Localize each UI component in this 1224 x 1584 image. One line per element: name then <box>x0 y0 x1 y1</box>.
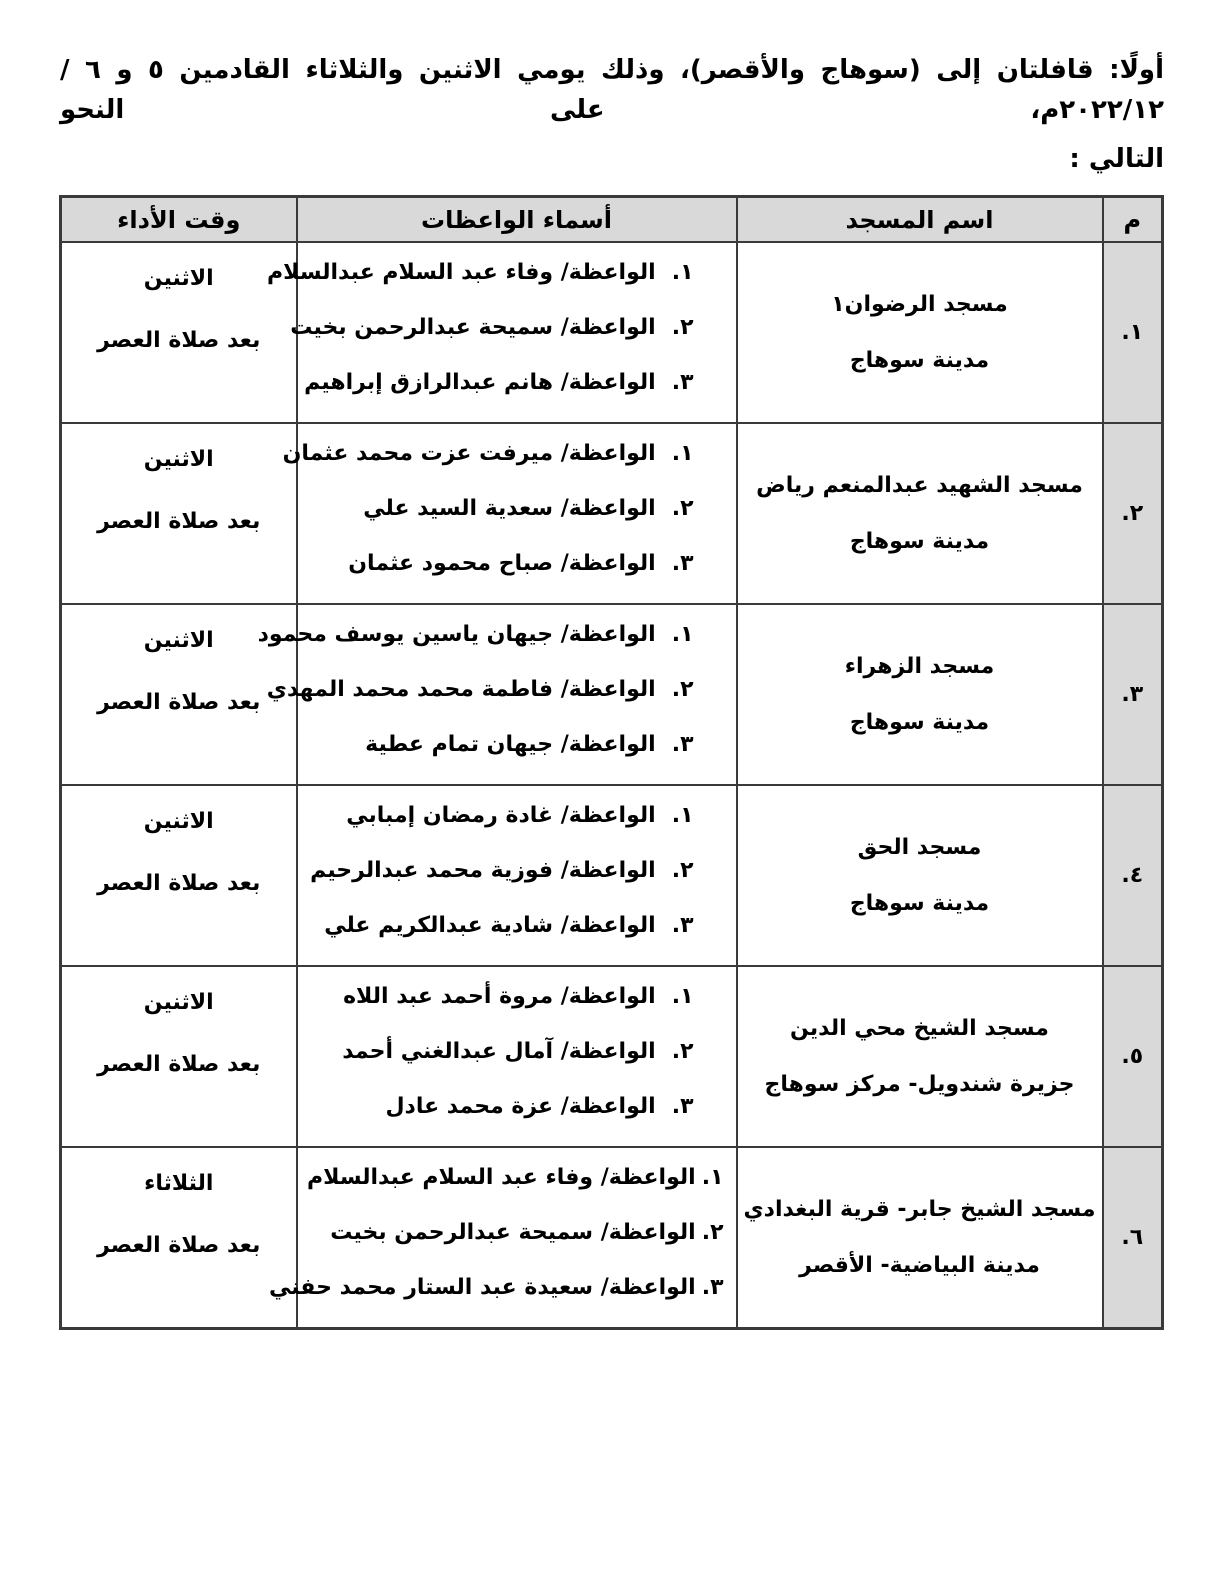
mosque-name: مسجد الشيخ جابر- قرية البغدادي <box>738 1194 1102 1226</box>
preacher-name: الواعظة/ سميحة عبدالرحمن بخيت <box>330 1220 696 1245</box>
preacher-number: ٢. <box>672 493 694 525</box>
preacher-number: ٢. <box>672 1036 694 1068</box>
preacher-number: ٣. <box>672 1091 694 1123</box>
preacher-name: الواعظة/ فوزية محمد عبدالرحيم <box>310 858 656 883</box>
preacher-name: الواعظة/ عزة محمد عادل <box>385 1094 655 1119</box>
header-index: م <box>1103 196 1163 242</box>
table-row: ٣. مسجد الزهراء مدينة سوهاج ١.الواعظة/ ج… <box>61 604 1163 785</box>
mosque-city: جزيرة شندويل- مركز سوهاج <box>738 1069 1102 1101</box>
row-index: ٤. <box>1103 785 1163 966</box>
preacher-number: ٢. <box>672 312 694 344</box>
time-prayer: بعد صلاة العصر <box>62 868 296 900</box>
time-cell: الاثنين بعد صلاة العصر <box>61 423 297 604</box>
preacher-number: ٣. <box>672 729 694 761</box>
preacher-item: ٢.الواعظة/ سعدية السيد علي <box>304 493 694 525</box>
preacher-name: الواعظة/ سعدية السيد علي <box>363 496 655 521</box>
preacher-name: الواعظة/ ميرفت عزت محمد عثمان <box>283 441 656 466</box>
preachers-cell: ١.الواعظة/ ميرفت عزت محمد عثمان ٢.الواعظ… <box>297 423 737 604</box>
preachers-cell: ١.الواعظة/ جيهان ياسين يوسف محمود ٢.الوا… <box>297 604 737 785</box>
mosque-cell: مسجد الشيخ جابر- قرية البغدادي مدينة الب… <box>737 1147 1103 1329</box>
preacher-name: الواعظة/ آمال عبدالغني أحمد <box>342 1039 656 1064</box>
preacher-number: ٣. <box>702 1272 724 1304</box>
mosque-cell: مسجد الرضوان١ مدينة سوهاج <box>737 242 1103 423</box>
preacher-name: الواعظة/ شادية عبدالكريم علي <box>324 913 656 938</box>
header-mosque-name: اسم المسجد <box>737 196 1103 242</box>
time-prayer: بعد صلاة العصر <box>62 506 296 538</box>
preacher-item: ٢.الواعظة/ فوزية محمد عبدالرحيم <box>304 855 694 887</box>
preacher-item: ٢.الواعظة/ سميحة عبدالرحمن بخيت <box>304 1217 724 1249</box>
preacher-number: ١. <box>672 619 694 651</box>
mosque-cell: مسجد الزهراء مدينة سوهاج <box>737 604 1103 785</box>
preacher-name: الواعظة/ غادة رمضان إمبابي <box>346 803 655 828</box>
preacher-number: ٢. <box>702 1217 724 1249</box>
preacher-name: الواعظة/ سميحة عبدالرحمن بخيت <box>290 315 656 340</box>
time-day: الاثنين <box>62 263 296 295</box>
document-title: أولًا: قافلتان إلى (سوهاج والأقصر)، وذلك… <box>60 50 1164 179</box>
mosque-city: مدينة سوهاج <box>738 526 1102 558</box>
row-index: ٥. <box>1103 966 1163 1147</box>
preachers-cell: ١.الواعظة/ غادة رمضان إمبابي ٢.الواعظة/ … <box>297 785 737 966</box>
title-line-2: التالي : <box>60 139 1164 179</box>
time-day: الاثنين <box>62 987 296 1019</box>
preacher-item: ١.الواعظة/ وفاء عبد السلام عبدالسلام <box>304 1162 724 1194</box>
table-row: ٢. مسجد الشهيد عبدالمنعم رياض مدينة سوها… <box>61 423 1163 604</box>
preacher-name: الواعظة/ وفاء عبد السلام عبدالسلام <box>307 1165 696 1190</box>
time-day: الاثنين <box>62 806 296 838</box>
mosque-cell: مسجد الشيخ محي الدين جزيرة شندويل- مركز … <box>737 966 1103 1147</box>
preacher-number: ١. <box>672 438 694 470</box>
preacher-name: الواعظة/ وفاء عبد السلام عبدالسلام <box>267 260 656 285</box>
mosque-cell: مسجد الحق مدينة سوهاج <box>737 785 1103 966</box>
preacher-number: ١. <box>672 800 694 832</box>
row-index: ٦. <box>1103 1147 1163 1329</box>
mosque-name: مسجد الحق <box>738 832 1102 864</box>
time-prayer: بعد صلاة العصر <box>62 325 296 357</box>
mosque-name: مسجد الزهراء <box>738 651 1102 683</box>
table-row: ١. مسجد الرضوان١ مدينة سوهاج ١.الواعظة/ … <box>61 242 1163 423</box>
time-cell: الاثنين بعد صلاة العصر <box>61 785 297 966</box>
preacher-name: الواعظة/ جيهان ياسين يوسف محمود <box>258 622 656 647</box>
table-row: ٥. مسجد الشيخ محي الدين جزيرة شندويل- مر… <box>61 966 1163 1147</box>
preacher-item: ٣.الواعظة/ جيهان تمام عطية <box>304 729 694 761</box>
preacher-number: ٢. <box>672 855 694 887</box>
time-day: الثلاثاء <box>62 1168 296 1200</box>
preacher-number: ١. <box>672 257 694 289</box>
preacher-name: الواعظة/ فاطمة محمد محمد المهدي <box>267 677 656 702</box>
preacher-name: الواعظة/ جيهان تمام عطية <box>365 732 656 757</box>
preacher-item: ٢.الواعظة/ فاطمة محمد محمد المهدي <box>304 674 694 706</box>
preacher-number: ٢. <box>672 674 694 706</box>
mosque-city: مدينة سوهاج <box>738 707 1102 739</box>
time-day: الاثنين <box>62 444 296 476</box>
preacher-item: ٢.الواعظة/ سميحة عبدالرحمن بخيت <box>304 312 694 344</box>
table-row: ٦. مسجد الشيخ جابر- قرية البغدادي مدينة … <box>61 1147 1163 1329</box>
row-index: ٢. <box>1103 423 1163 604</box>
mosque-name: مسجد الشهيد عبدالمنعم رياض <box>738 470 1102 502</box>
document-page: أولًا: قافلتان إلى (سوهاج والأقصر)، وذلك… <box>0 0 1224 1330</box>
preacher-item: ٣.الواعظة/ سعيدة عبد الستار محمد حفني <box>304 1272 724 1304</box>
preacher-item: ١.الواعظة/ ميرفت عزت محمد عثمان <box>304 438 694 470</box>
time-cell: الاثنين بعد صلاة العصر <box>61 966 297 1147</box>
preachers-cell: ١.الواعظة/ مروة أحمد عبد اللاه ٢.الواعظة… <box>297 966 737 1147</box>
mosque-name: مسجد الرضوان١ <box>738 289 1102 321</box>
preacher-item: ٣.الواعظة/ صباح محمود عثمان <box>304 548 694 580</box>
preacher-name: الواعظة/ صباح محمود عثمان <box>348 551 655 576</box>
preacher-name: الواعظة/ مروة أحمد عبد اللاه <box>343 984 656 1009</box>
preacher-number: ١. <box>702 1162 724 1194</box>
mosque-city: مدينة البياضية- الأقصر <box>738 1250 1102 1282</box>
time-prayer: بعد صلاة العصر <box>62 1230 296 1262</box>
preacher-number: ٣. <box>672 910 694 942</box>
time-prayer: بعد صلاة العصر <box>62 687 296 719</box>
preacher-item: ٣.الواعظة/ عزة محمد عادل <box>304 1091 694 1123</box>
preacher-item: ٣.الواعظة/ شادية عبدالكريم علي <box>304 910 694 942</box>
preachers-cell: ١.الواعظة/ وفاء عبد السلام عبدالسلام ٢.ا… <box>297 242 737 423</box>
preacher-item: ٢.الواعظة/ آمال عبدالغني أحمد <box>304 1036 694 1068</box>
preacher-name: الواعظة/ هانم عبدالرازق إبراهيم <box>304 370 656 395</box>
time-prayer: بعد صلاة العصر <box>62 1049 296 1081</box>
time-cell: الاثنين بعد صلاة العصر <box>61 242 297 423</box>
mosque-cell: مسجد الشهيد عبدالمنعم رياض مدينة سوهاج <box>737 423 1103 604</box>
preacher-name: الواعظة/ سعيدة عبد الستار محمد حفني <box>269 1275 696 1300</box>
table-row: ٤. مسجد الحق مدينة سوهاج ١.الواعظة/ غادة… <box>61 785 1163 966</box>
title-line-1: أولًا: قافلتان إلى (سوهاج والأقصر)، وذلك… <box>60 50 1164 131</box>
preacher-item: ١.الواعظة/ وفاء عبد السلام عبدالسلام <box>304 257 694 289</box>
mosque-city: مدينة سوهاج <box>738 888 1102 920</box>
preacher-number: ١. <box>672 981 694 1013</box>
header-performance-time: وقت الأداء <box>61 196 297 242</box>
header-preacher-names: أسماء الواعظات <box>297 196 737 242</box>
preacher-number: ٣. <box>672 548 694 580</box>
preacher-item: ٣.الواعظة/ هانم عبدالرازق إبراهيم <box>304 367 694 399</box>
table-header-row: م اسم المسجد أسماء الواعظات وقت الأداء <box>61 196 1163 242</box>
time-cell: الثلاثاء بعد صلاة العصر <box>61 1147 297 1329</box>
preacher-item: ١.الواعظة/ جيهان ياسين يوسف محمود <box>304 619 694 651</box>
preachers-cell: ١.الواعظة/ وفاء عبد السلام عبدالسلام ٢.ا… <box>297 1147 737 1329</box>
row-index: ٣. <box>1103 604 1163 785</box>
preacher-number: ٣. <box>672 367 694 399</box>
mosque-city: مدينة سوهاج <box>738 345 1102 377</box>
caravan-schedule-table: م اسم المسجد أسماء الواعظات وقت الأداء ١… <box>59 195 1164 1331</box>
preacher-item: ١.الواعظة/ مروة أحمد عبد اللاه <box>304 981 694 1013</box>
row-index: ١. <box>1103 242 1163 423</box>
mosque-name: مسجد الشيخ محي الدين <box>738 1013 1102 1045</box>
preacher-item: ١.الواعظة/ غادة رمضان إمبابي <box>304 800 694 832</box>
